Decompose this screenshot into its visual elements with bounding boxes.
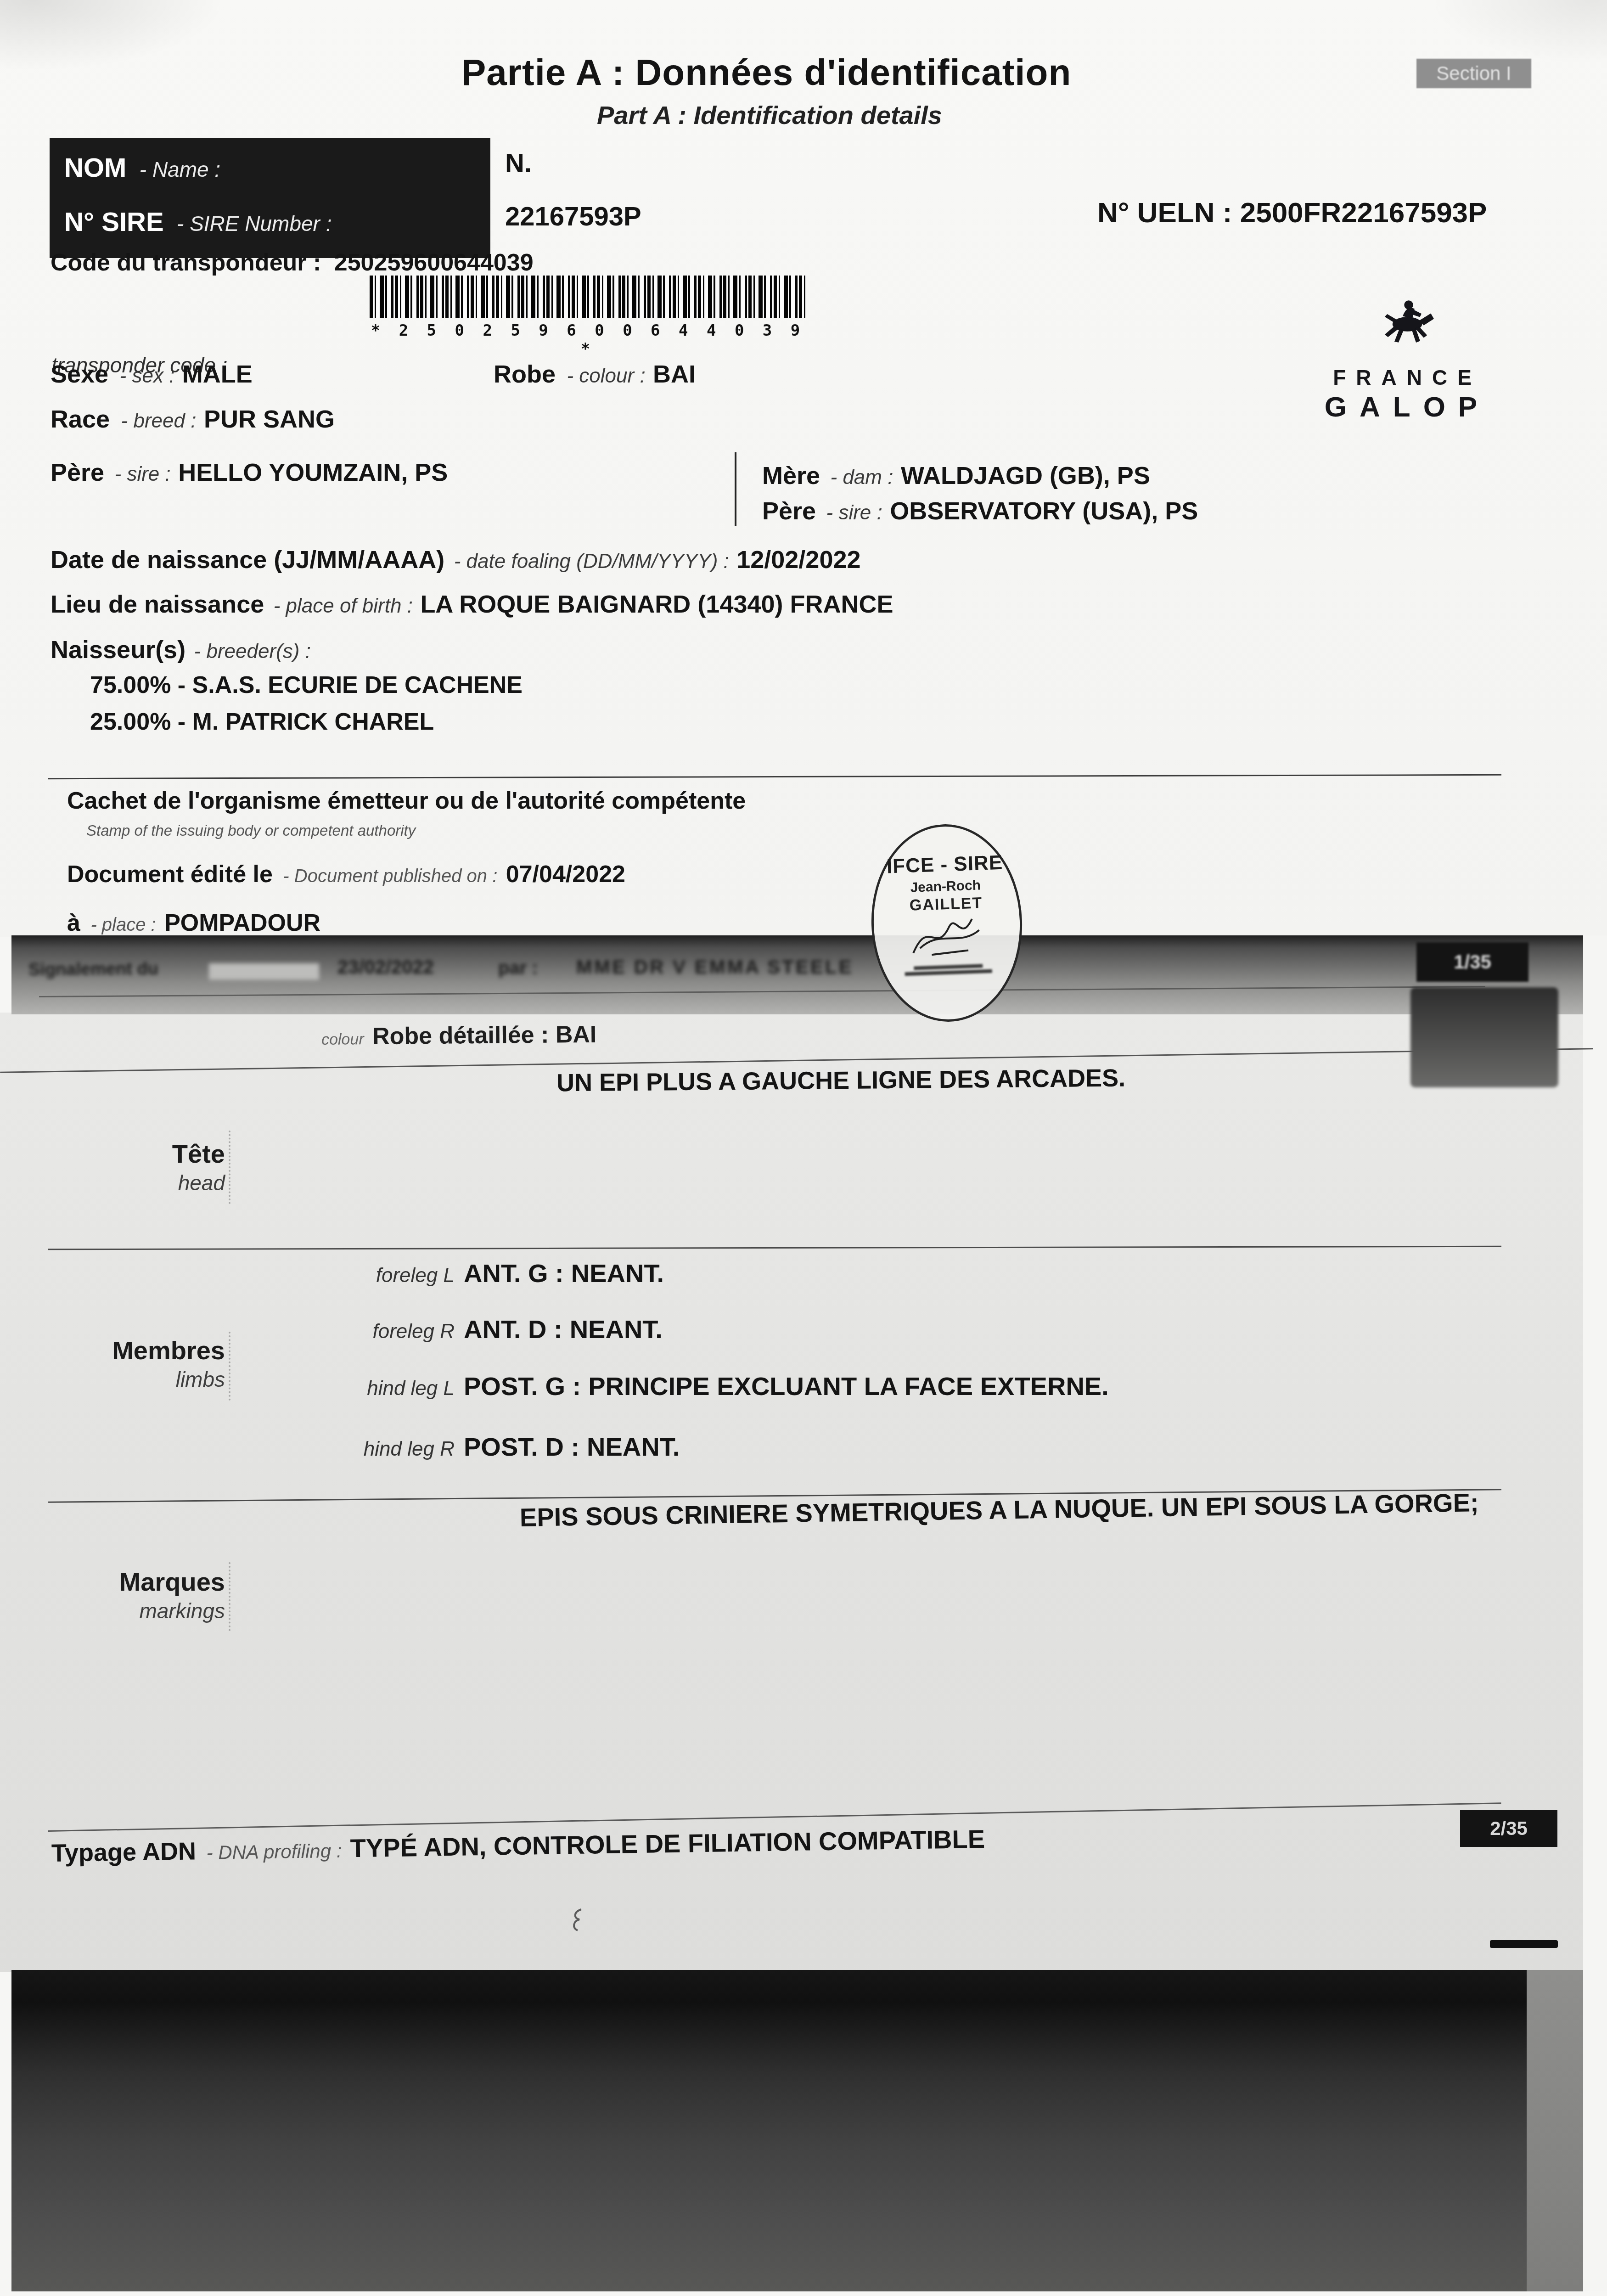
horse-name-value: N.	[505, 148, 532, 179]
page-subtitle: Part A : Identification details	[597, 100, 942, 130]
marks-label-block: Marques markings	[64, 1567, 225, 1623]
limbs-dotted-divider	[229, 1332, 230, 1401]
breeders-label: Naisseur(s)	[51, 636, 185, 664]
head-note: UN EPI PLUS A GAUCHE LIGNE DES ARCADES.	[556, 1064, 1126, 1097]
birth-place-sublabel: - place of birth :	[274, 595, 413, 617]
published-line: Document édité le - Document published o…	[67, 861, 625, 888]
foaling-date-line: Date de naissance (JJ/MM/AAAA) - date fo…	[51, 546, 860, 574]
previous-page-badge: 1/35	[1416, 942, 1528, 982]
published-value: 07/04/2022	[506, 861, 625, 888]
sire-number-sublabel: - SIRE Number :	[177, 212, 332, 236]
marks-label: Marques	[64, 1567, 225, 1597]
scan-short-mark	[1490, 1940, 1558, 1948]
limb-label: POST. D :	[464, 1432, 579, 1462]
limb-row-hindleg-left: hind leg L POST. G : PRINCIPE EXCLUANT L…	[275, 1371, 1109, 1401]
breed-line: Race - breed : PUR SANG	[51, 405, 335, 433]
published-place-line: à - place : POMPADOUR	[67, 909, 320, 937]
birth-place-value: LA ROQUE BAIGNARD (14340) FRANCE	[420, 591, 893, 618]
marks-sublabel: markings	[64, 1598, 225, 1623]
sex-sublabel: - sex :	[120, 365, 175, 387]
breed-sublabel: - breed :	[121, 410, 197, 432]
ueln-number: N° UELN : 2500FR22167593P	[1097, 197, 1487, 229]
limb-label: ANT. D :	[464, 1314, 562, 1344]
transponder-line: Code du transpondeur : 250259600644039	[51, 249, 534, 276]
damsire-label: Père	[762, 497, 816, 525]
limb-value: PRINCIPE EXCLUANT LA FACE EXTERNE.	[588, 1371, 1109, 1401]
sire-line: Père - sire : HELLO YOUMZAIN, PS	[51, 458, 448, 487]
transponder-label: Code du transpondeur :	[51, 249, 321, 276]
damsire-sublabel: - sire :	[826, 501, 882, 524]
dam-value: WALDJAGD (GB), PS	[901, 462, 1150, 490]
dam-label: Mère	[762, 462, 820, 490]
marks-dotted-divider	[229, 1562, 230, 1631]
scan-band-field	[209, 963, 319, 980]
bottom-scan-band	[11, 1970, 1527, 2291]
scan-dark-blob	[1410, 987, 1558, 1087]
birth-place-line: Lieu de naissance - place of birth : LA …	[51, 590, 893, 619]
limb-prefix: foreleg L	[275, 1264, 455, 1287]
logo-text-france: FRANCE	[1299, 365, 1515, 390]
sire-value: HELLO YOUMZAIN, PS	[178, 459, 448, 486]
transponder-barcode-digits: * 2 5 0 2 5 9 6 0 0 6 4 4 0 3 9 *	[370, 321, 806, 358]
stray-mark	[568, 1906, 587, 1933]
stamp-section-heading: Cachet de l'organisme émetteur ou de l'a…	[67, 787, 746, 815]
published-place-label: à	[67, 910, 80, 936]
limbs-label-block: Membres limbs	[64, 1335, 225, 1392]
limb-row-foreleg-left: foreleg L ANT. G : NEANT.	[275, 1258, 664, 1288]
dam-sublabel: - dam :	[831, 466, 893, 489]
colour-line: Robe - colour : BAI	[494, 360, 696, 388]
pedigree-divider	[735, 452, 736, 526]
horse-jockey-icon	[1373, 292, 1442, 356]
foaling-date-label: Date de naissance (JJ/MM/AAAA)	[51, 546, 444, 574]
stamp-small-print	[905, 969, 992, 976]
scan-band-par: par :	[498, 958, 538, 979]
breeder-row: 25.00% - M. PATRICK CHAREL	[90, 708, 434, 736]
scan-band-signalement: Signalement du	[28, 959, 158, 980]
limb-prefix: foreleg R	[275, 1320, 455, 1343]
page-title: Partie A : Données d'identification	[461, 51, 1071, 94]
limb-label: POST. G :	[464, 1371, 581, 1401]
limb-value: NEANT.	[570, 1314, 663, 1344]
colour-sublabel: - colour :	[567, 365, 645, 387]
foaling-date-sublabel: - date foaling (DD/MM/YYYY) :	[454, 550, 729, 573]
limbs-label: Membres	[64, 1335, 225, 1365]
limb-row-foreleg-right: foreleg R ANT. D : NEANT.	[275, 1314, 663, 1344]
limb-value: NEANT.	[571, 1258, 664, 1288]
dam-line: Mère - dam : WALDJAGD (GB), PS	[762, 461, 1150, 490]
breeder-row: 75.00% - S.A.S. ECURIE DE CACHENE	[90, 671, 523, 699]
sire-sublabel: - sire :	[115, 463, 171, 485]
breed-value: PUR SANG	[204, 405, 335, 433]
limb-prefix: hind leg L	[275, 1377, 455, 1400]
sire-label: Père	[51, 459, 104, 486]
colour-value: BAI	[653, 360, 696, 388]
nom-label: NOM	[64, 153, 126, 183]
breeders-sublabel: - breeder(s) :	[194, 640, 311, 663]
limb-label: ANT. G :	[464, 1258, 564, 1288]
foaling-date-value: 12/02/2022	[736, 546, 860, 574]
transponder-value: 250259600644039	[334, 249, 534, 276]
logo-text-galop: GALOP	[1299, 391, 1515, 423]
scan-band-date: 23/02/2022	[337, 956, 434, 978]
published-place-value: POMPADOUR	[164, 910, 320, 936]
head-label-block: Tête head	[64, 1139, 225, 1195]
detailed-colour-sublabel: colour	[321, 1030, 364, 1048]
damsire-line: Père - sire : OBSERVATORY (USA), PS	[762, 497, 1198, 525]
nom-row: NOM - Name :	[64, 152, 220, 183]
stamp-small-print	[914, 964, 983, 970]
head-dotted-divider	[229, 1131, 230, 1204]
sire-number-label: N° SIRE	[64, 207, 164, 237]
sire-row: N° SIRE - SIRE Number :	[64, 207, 332, 237]
stamp-signature	[903, 909, 992, 963]
france-galop-logo: FRANCE GALOP	[1299, 292, 1515, 423]
scan-band-agent-name: MME DR V EMMA STEELE	[576, 956, 853, 978]
detailed-colour-line: colour Robe détaillée : BAI	[321, 1021, 597, 1051]
head-sublabel: head	[64, 1171, 225, 1195]
damsire-value: OBSERVATORY (USA), PS	[890, 497, 1198, 525]
limbs-sublabel: limbs	[64, 1367, 225, 1392]
dna-label: Typage ADN	[51, 1837, 197, 1867]
breeders-heading: Naisseur(s) - breeder(s) :	[51, 636, 311, 664]
limb-prefix: hind leg R	[275, 1438, 455, 1461]
bottom-scan-band-strip	[1527, 1970, 1583, 2291]
detailed-colour-value: Robe détaillée : BAI	[372, 1021, 597, 1050]
transponder-barcode	[370, 276, 806, 318]
sex-label: Sexe	[51, 360, 108, 388]
stamp-org: IFCE - SIRE	[871, 851, 1018, 879]
colour-label: Robe	[494, 360, 556, 388]
breed-label: Race	[51, 405, 110, 433]
nom-sublabel: - Name :	[140, 158, 220, 181]
page-number-badge: 2/35	[1460, 1810, 1557, 1847]
limb-row-hindleg-right: hind leg R POST. D : NEANT.	[275, 1432, 680, 1462]
sex-value: MALE	[182, 360, 253, 388]
stamp-section-subheading: Stamp of the issuing body or competent a…	[86, 822, 416, 839]
birth-place-label: Lieu de naissance	[51, 591, 264, 618]
sire-number-value: 22167593P	[505, 201, 641, 232]
published-place-sublabel: - place :	[90, 915, 156, 935]
published-label: Document édité le	[67, 861, 273, 888]
dna-sublabel: - DNA profiling :	[206, 1840, 342, 1863]
section-badge: Section I	[1416, 59, 1531, 88]
head-label: Tête	[64, 1139, 225, 1169]
sex-line: Sexe - sex : MALE	[51, 360, 253, 388]
published-sublabel: - Document published on :	[283, 866, 497, 886]
page-right-margin	[1583, 935, 1607, 2291]
limb-value: NEANT.	[587, 1432, 680, 1462]
name-sire-box: NOM - Name : N° SIRE - SIRE Number :	[50, 138, 490, 258]
